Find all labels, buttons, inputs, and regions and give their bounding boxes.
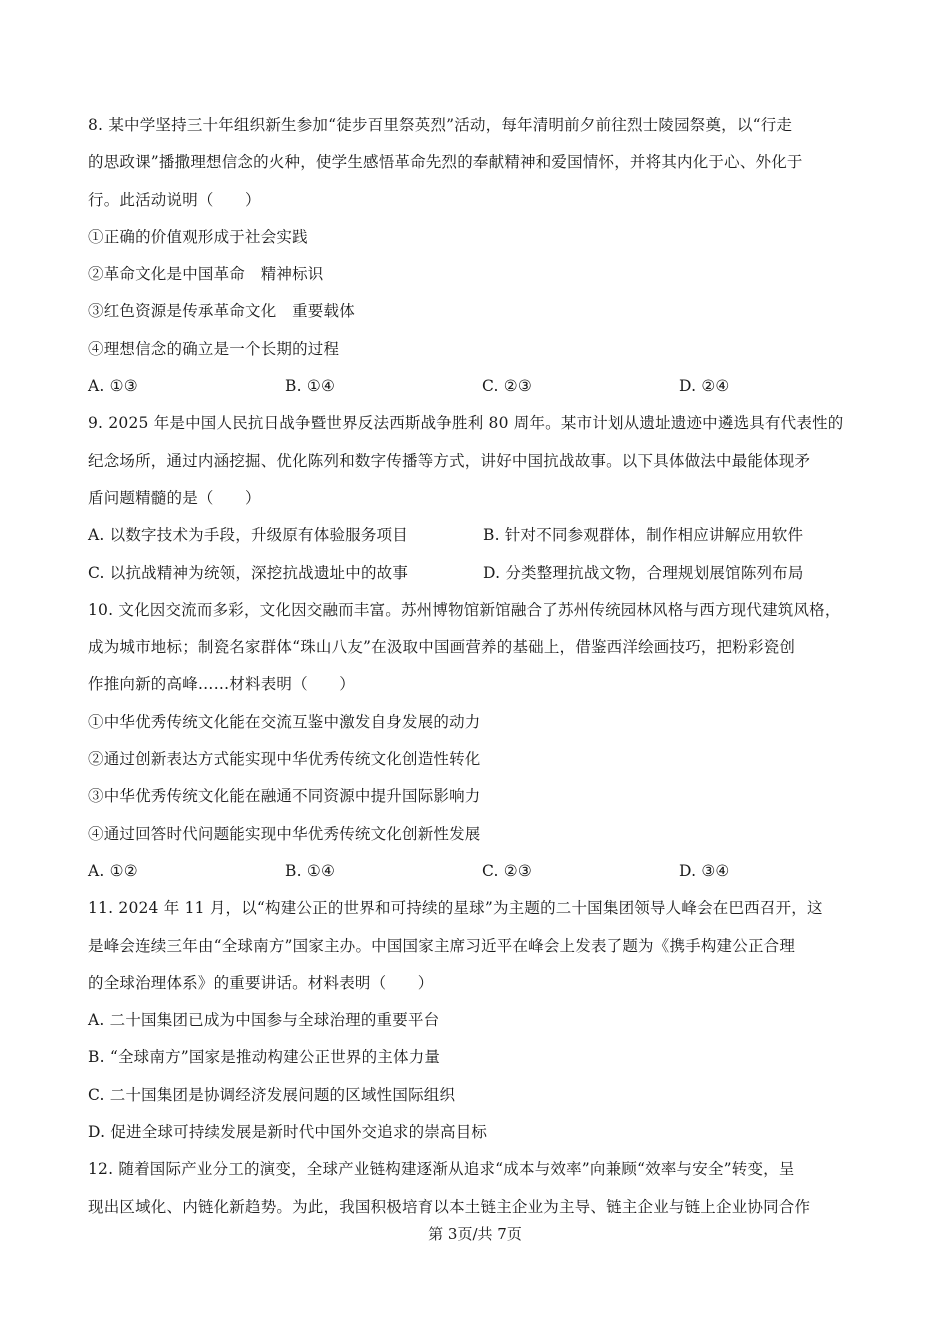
option-a: A. ①② <box>88 856 285 893</box>
question-11: 11. 2024 年 11 月，以“构建公正的世界和可持续的星球”为主题的二十国… <box>88 893 878 1154</box>
statement-4: ④理想信念的确立是一个长期的过程 <box>88 334 878 371</box>
option-d: D. ③④ <box>679 856 876 893</box>
question-10: 10. 文化因交流而多彩，文化因交融而丰富。苏州博物馆新馆融合了苏州传统园林风格… <box>88 595 878 893</box>
option-c: C. 以抗战精神为统领，深挖抗战遗址中的故事 <box>88 558 483 595</box>
answer-options-row: A. 以数字技术为手段，升级原有体验服务项目 B. 针对不同参观群体，制作相应讲… <box>88 520 878 557</box>
question-stem-line: 成为城市地标；制瓷名家群体“珠山八友”在汲取中国画营养的基础上，借鉴西洋绘画技巧… <box>88 632 878 669</box>
question-stem-line: 盾问题精髓的是（ ） <box>88 483 878 520</box>
question-stem-line: 纪念场所，通过内涵挖掘、优化陈列和数字传播等方式，讲好中国抗战故事。以下具体做法… <box>88 446 878 483</box>
question-stem-line: 的全球治理体系》的重要讲话。材料表明（ ） <box>88 968 878 1005</box>
question-stem-line: 12. 随着国际产业分工的演变，全球产业链构建逐渐从追求“成本与效率”向兼顾“效… <box>88 1154 878 1191</box>
statement-4: ④通过回答时代问题能实现中华优秀传统文化创新性发展 <box>88 819 878 856</box>
option-b: B. ①④ <box>285 856 482 893</box>
option-b: B. ①④ <box>285 371 482 408</box>
question-stem-line: 作推向新的高峰……材料表明（ ） <box>88 669 878 706</box>
question-stem-line: 是峰会连续三年由“全球南方”国家主办。中国国家主席习近平在峰会上发表了题为《携手… <box>88 931 878 968</box>
answer-options: A. ①② B. ①④ C. ②③ D. ③④ <box>88 856 878 893</box>
page-footer: 第 3页/共 7页 <box>0 1222 950 1246</box>
question-9: 9. 2025 年是中国人民抗日战争暨世界反法西斯战争胜利 80 周年。某市计划… <box>88 408 878 594</box>
question-12: 12. 随着国际产业分工的演变，全球产业链构建逐渐从追求“成本与效率”向兼顾“效… <box>88 1154 878 1229</box>
option-b: B. 针对不同参观群体，制作相应讲解应用软件 <box>483 520 878 557</box>
option-b: B. “全球南方”国家是推动构建公正世界的主体力量 <box>88 1042 878 1079</box>
option-a: A. 二十国集团已成为中国参与全球治理的重要平台 <box>88 1005 878 1042</box>
statement-2: ②革命文化是中国革命 精神标识 <box>88 259 878 296</box>
option-d: D. ②④ <box>679 371 876 408</box>
exam-page: 8. 某中学坚持三十年组织新生参加“徒步百里祭英烈”活动，每年清明前夕前往烈士陵… <box>88 110 878 1229</box>
option-c: C. 二十国集团是协调经济发展问题的区域性国际组织 <box>88 1080 878 1117</box>
option-a: A. ①③ <box>88 371 285 408</box>
option-a: A. 以数字技术为手段，升级原有体验服务项目 <box>88 520 483 557</box>
option-c: C. ②③ <box>482 856 679 893</box>
option-d: D. 分类整理抗战文物，合理规划展馆陈列布局 <box>483 558 878 595</box>
answer-options-row: C. 以抗战精神为统领，深挖抗战遗址中的故事 D. 分类整理抗战文物，合理规划展… <box>88 558 878 595</box>
statement-1: ①正确的价值观形成于社会实践 <box>88 222 878 259</box>
option-c: C. ②③ <box>482 371 679 408</box>
option-d: D. 促进全球可持续发展是新时代中国外交追求的崇高目标 <box>88 1117 878 1154</box>
statement-1: ①中华优秀传统文化能在交流互鉴中激发自身发展的动力 <box>88 707 878 744</box>
question-stem-line: 11. 2024 年 11 月，以“构建公正的世界和可持续的星球”为主题的二十国… <box>88 893 878 930</box>
statement-3: ③红色资源是传承革命文化 重要载体 <box>88 296 878 333</box>
question-stem-line: 10. 文化因交流而多彩，文化因交融而丰富。苏州博物馆新馆融合了苏州传统园林风格… <box>88 595 878 632</box>
question-8: 8. 某中学坚持三十年组织新生参加“徒步百里祭英烈”活动，每年清明前夕前往烈士陵… <box>88 110 878 408</box>
question-stem-line: 8. 某中学坚持三十年组织新生参加“徒步百里祭英烈”活动，每年清明前夕前往烈士陵… <box>88 110 878 147</box>
question-stem-line: 9. 2025 年是中国人民抗日战争暨世界反法西斯战争胜利 80 周年。某市计划… <box>88 408 878 445</box>
statement-2: ②通过创新表达方式能实现中华优秀传统文化创造性转化 <box>88 744 878 781</box>
question-stem-line: 的思政课”播撒理想信念的火种，使学生感悟革命先烈的奉献精神和爱国情怀，并将其内化… <box>88 147 878 184</box>
answer-options: A. ①③ B. ①④ C. ②③ D. ②④ <box>88 371 878 408</box>
question-stem-line: 行。此活动说明（ ） <box>88 185 878 222</box>
statement-3: ③中华优秀传统文化能在融通不同资源中提升国际影响力 <box>88 781 878 818</box>
